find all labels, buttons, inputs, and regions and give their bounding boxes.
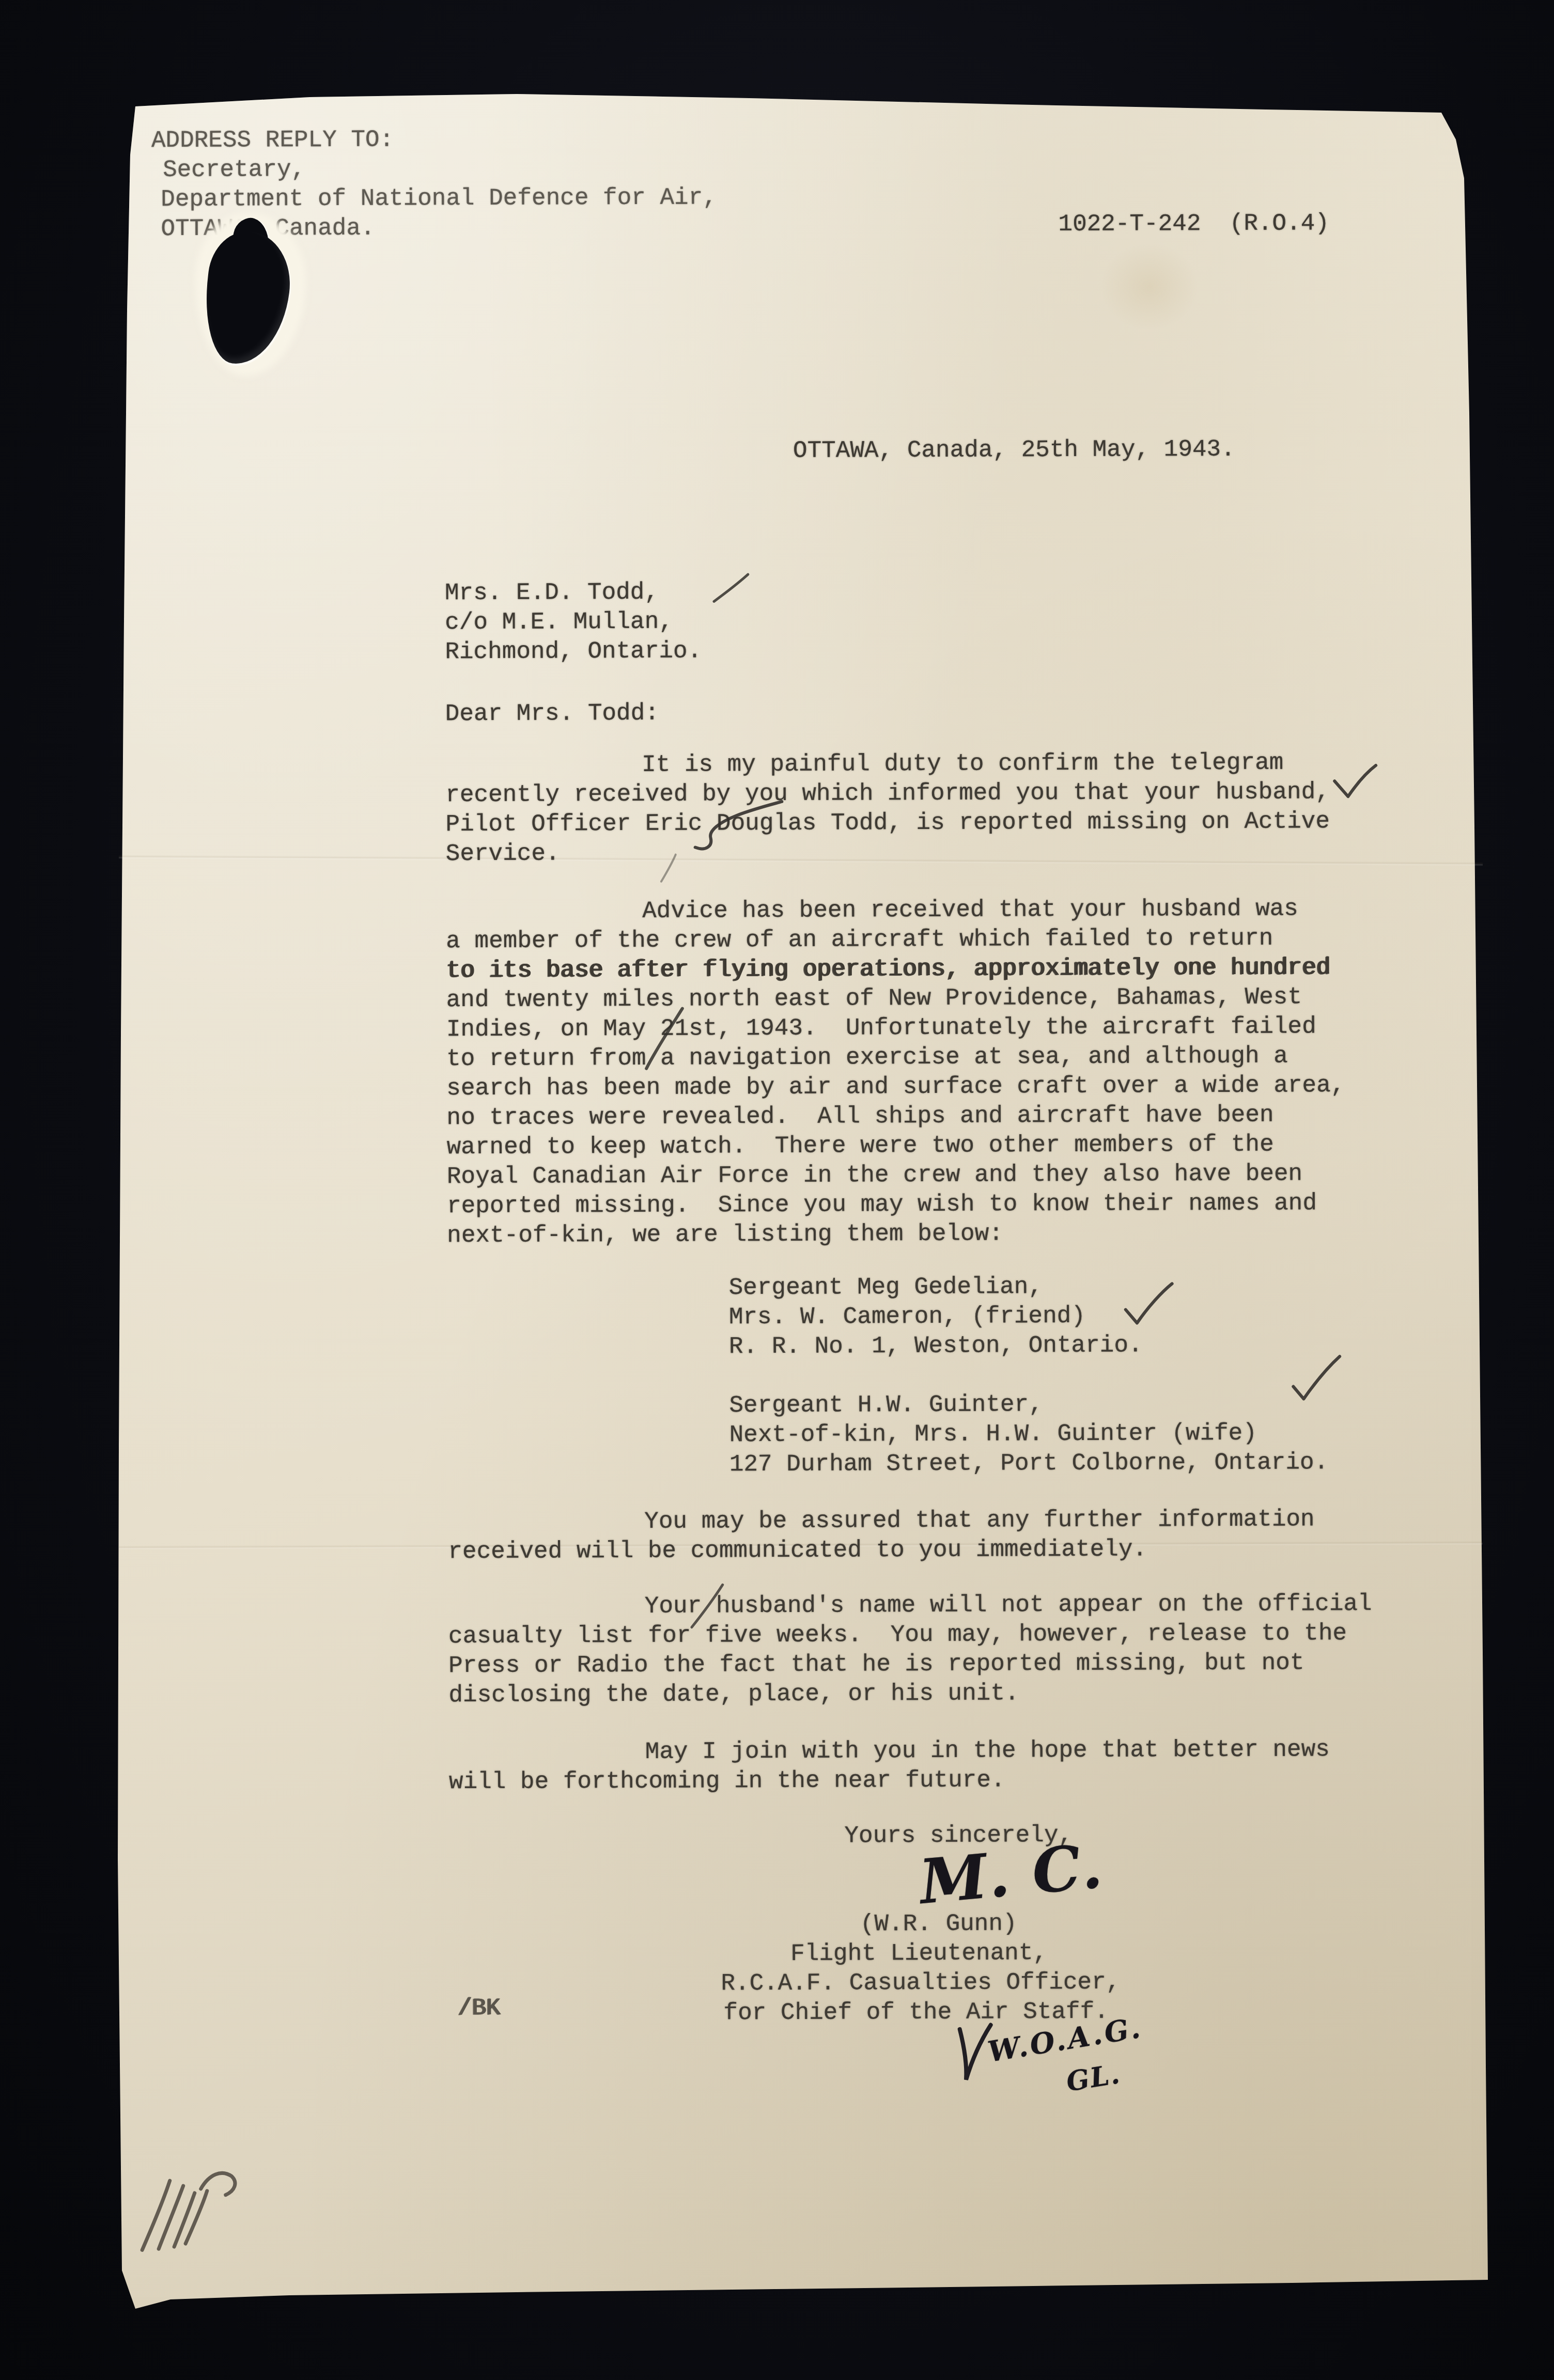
annotation-gl: GL.: [1064, 2058, 1123, 2098]
paragraph-line: search has been made by air and surface …: [446, 1071, 1345, 1103]
paragraph-line: no traces were revealed. All ships and a…: [446, 1101, 1273, 1133]
paragraph-line: recently received by you which informed …: [445, 777, 1330, 810]
signatory-for-line: for Chief of the Air Staff.: [723, 1997, 1109, 2028]
checkmark-icon: [1293, 1356, 1340, 1399]
paragraph-line: Advice has been received that your husba…: [642, 894, 1298, 926]
checkmark-icon: [960, 2025, 991, 2080]
dateline: OTTAWA, Canada, 25th May, 1943.: [793, 435, 1235, 466]
paragraph-line: will be forthcoming in the near future.: [449, 1765, 1005, 1797]
recipient-line: Richmond, Ontario.: [445, 636, 702, 667]
letterhead-label: ADDRESS REPLY TO:: [151, 126, 394, 156]
checkmark-icon: [1334, 765, 1376, 796]
paragraph-line: to its base after flying operations, app…: [446, 953, 1330, 985]
paragraph-line: May I join with you in the hope that bet…: [645, 1735, 1330, 1767]
paragraph-line: You may be assured that any further info…: [644, 1505, 1315, 1537]
letterhead-line: Department of National Defence for Air,: [161, 183, 717, 214]
paragraph-line: received will be communicated to you imm…: [448, 1535, 1147, 1567]
typist-initials: /BK: [457, 1994, 500, 2023]
signatory-title: R.C.A.F. Casualties Officer,: [721, 1968, 1120, 1999]
paragraph-line: to return from a navigation exercise at …: [446, 1042, 1288, 1074]
paragraph-line: warned to keep watch. There were two oth…: [447, 1130, 1274, 1163]
paragraph-line: casualty list for five weeks. You may, h…: [448, 1619, 1347, 1651]
signatory-name: (W.R. Gunn): [860, 1909, 1017, 1939]
paragraph-line: disclosing the date, place, or his unit.: [448, 1679, 1019, 1710]
file-number: 1022-T-242 (R.O.4): [1058, 209, 1329, 239]
paragraph-line: Indies, on May 21st, 1943. Unfortunately…: [446, 1012, 1316, 1044]
crew-entry-line: Mrs. W. Cameron, (friend): [729, 1302, 1085, 1332]
pencil-scribble-initials: [142, 2173, 236, 2250]
paragraph-line: Press or Radio the fact that he is repor…: [448, 1648, 1304, 1681]
scanned-letter-page: ADDRESS REPLY TO: Secretary, Department …: [0, 0, 1554, 2380]
paragraph-line: It is my painful duty to confirm the tel…: [642, 748, 1283, 780]
crew-entry-line: 127 Durham Street, Port Colborne, Ontari…: [729, 1448, 1329, 1479]
paragraph-line: Pilot Officer Eric Douglas Todd, is repo…: [445, 807, 1330, 839]
crew-entry-line: Next-of-kin, Mrs. H.W. Guinter (wife): [729, 1419, 1257, 1450]
pencil-slash-icon: [661, 855, 676, 882]
crew-entry-line: Sergeant Meg Gedelian,: [729, 1272, 1043, 1303]
paragraph-line: and twenty miles north east of New Provi…: [446, 982, 1302, 1015]
paragraph-line: Your husband's name will not appear on t…: [645, 1589, 1372, 1621]
salutation: Dear Mrs. Todd:: [445, 699, 659, 729]
crew-entry-line: Sergeant H.W. Guinter,: [729, 1390, 1043, 1420]
letterhead-line: Secretary,: [163, 155, 305, 185]
paragraph-line: next-of-kin, we are listing them below:: [447, 1219, 1003, 1250]
paragraph-line: reported missing. Since you may wish to …: [447, 1188, 1317, 1221]
pencil-slash-icon: [714, 574, 748, 601]
signatory-rank: Flight Lieutenant,: [790, 1938, 1047, 1969]
paragraph-line: Service.: [446, 839, 560, 869]
paragraph-line: a member of the crew of an aircraft whic…: [446, 924, 1273, 957]
checkmark-icon: [1126, 1283, 1172, 1323]
recipient-line: Mrs. E.D. Todd,: [445, 578, 659, 608]
recipient-line: c/o M.E. Mullan,: [445, 607, 673, 638]
crew-entry-line: R. R. No. 1, Weston, Ontario.: [729, 1331, 1143, 1362]
paragraph-line: Royal Canadian Air Force in the crew and…: [447, 1159, 1302, 1192]
